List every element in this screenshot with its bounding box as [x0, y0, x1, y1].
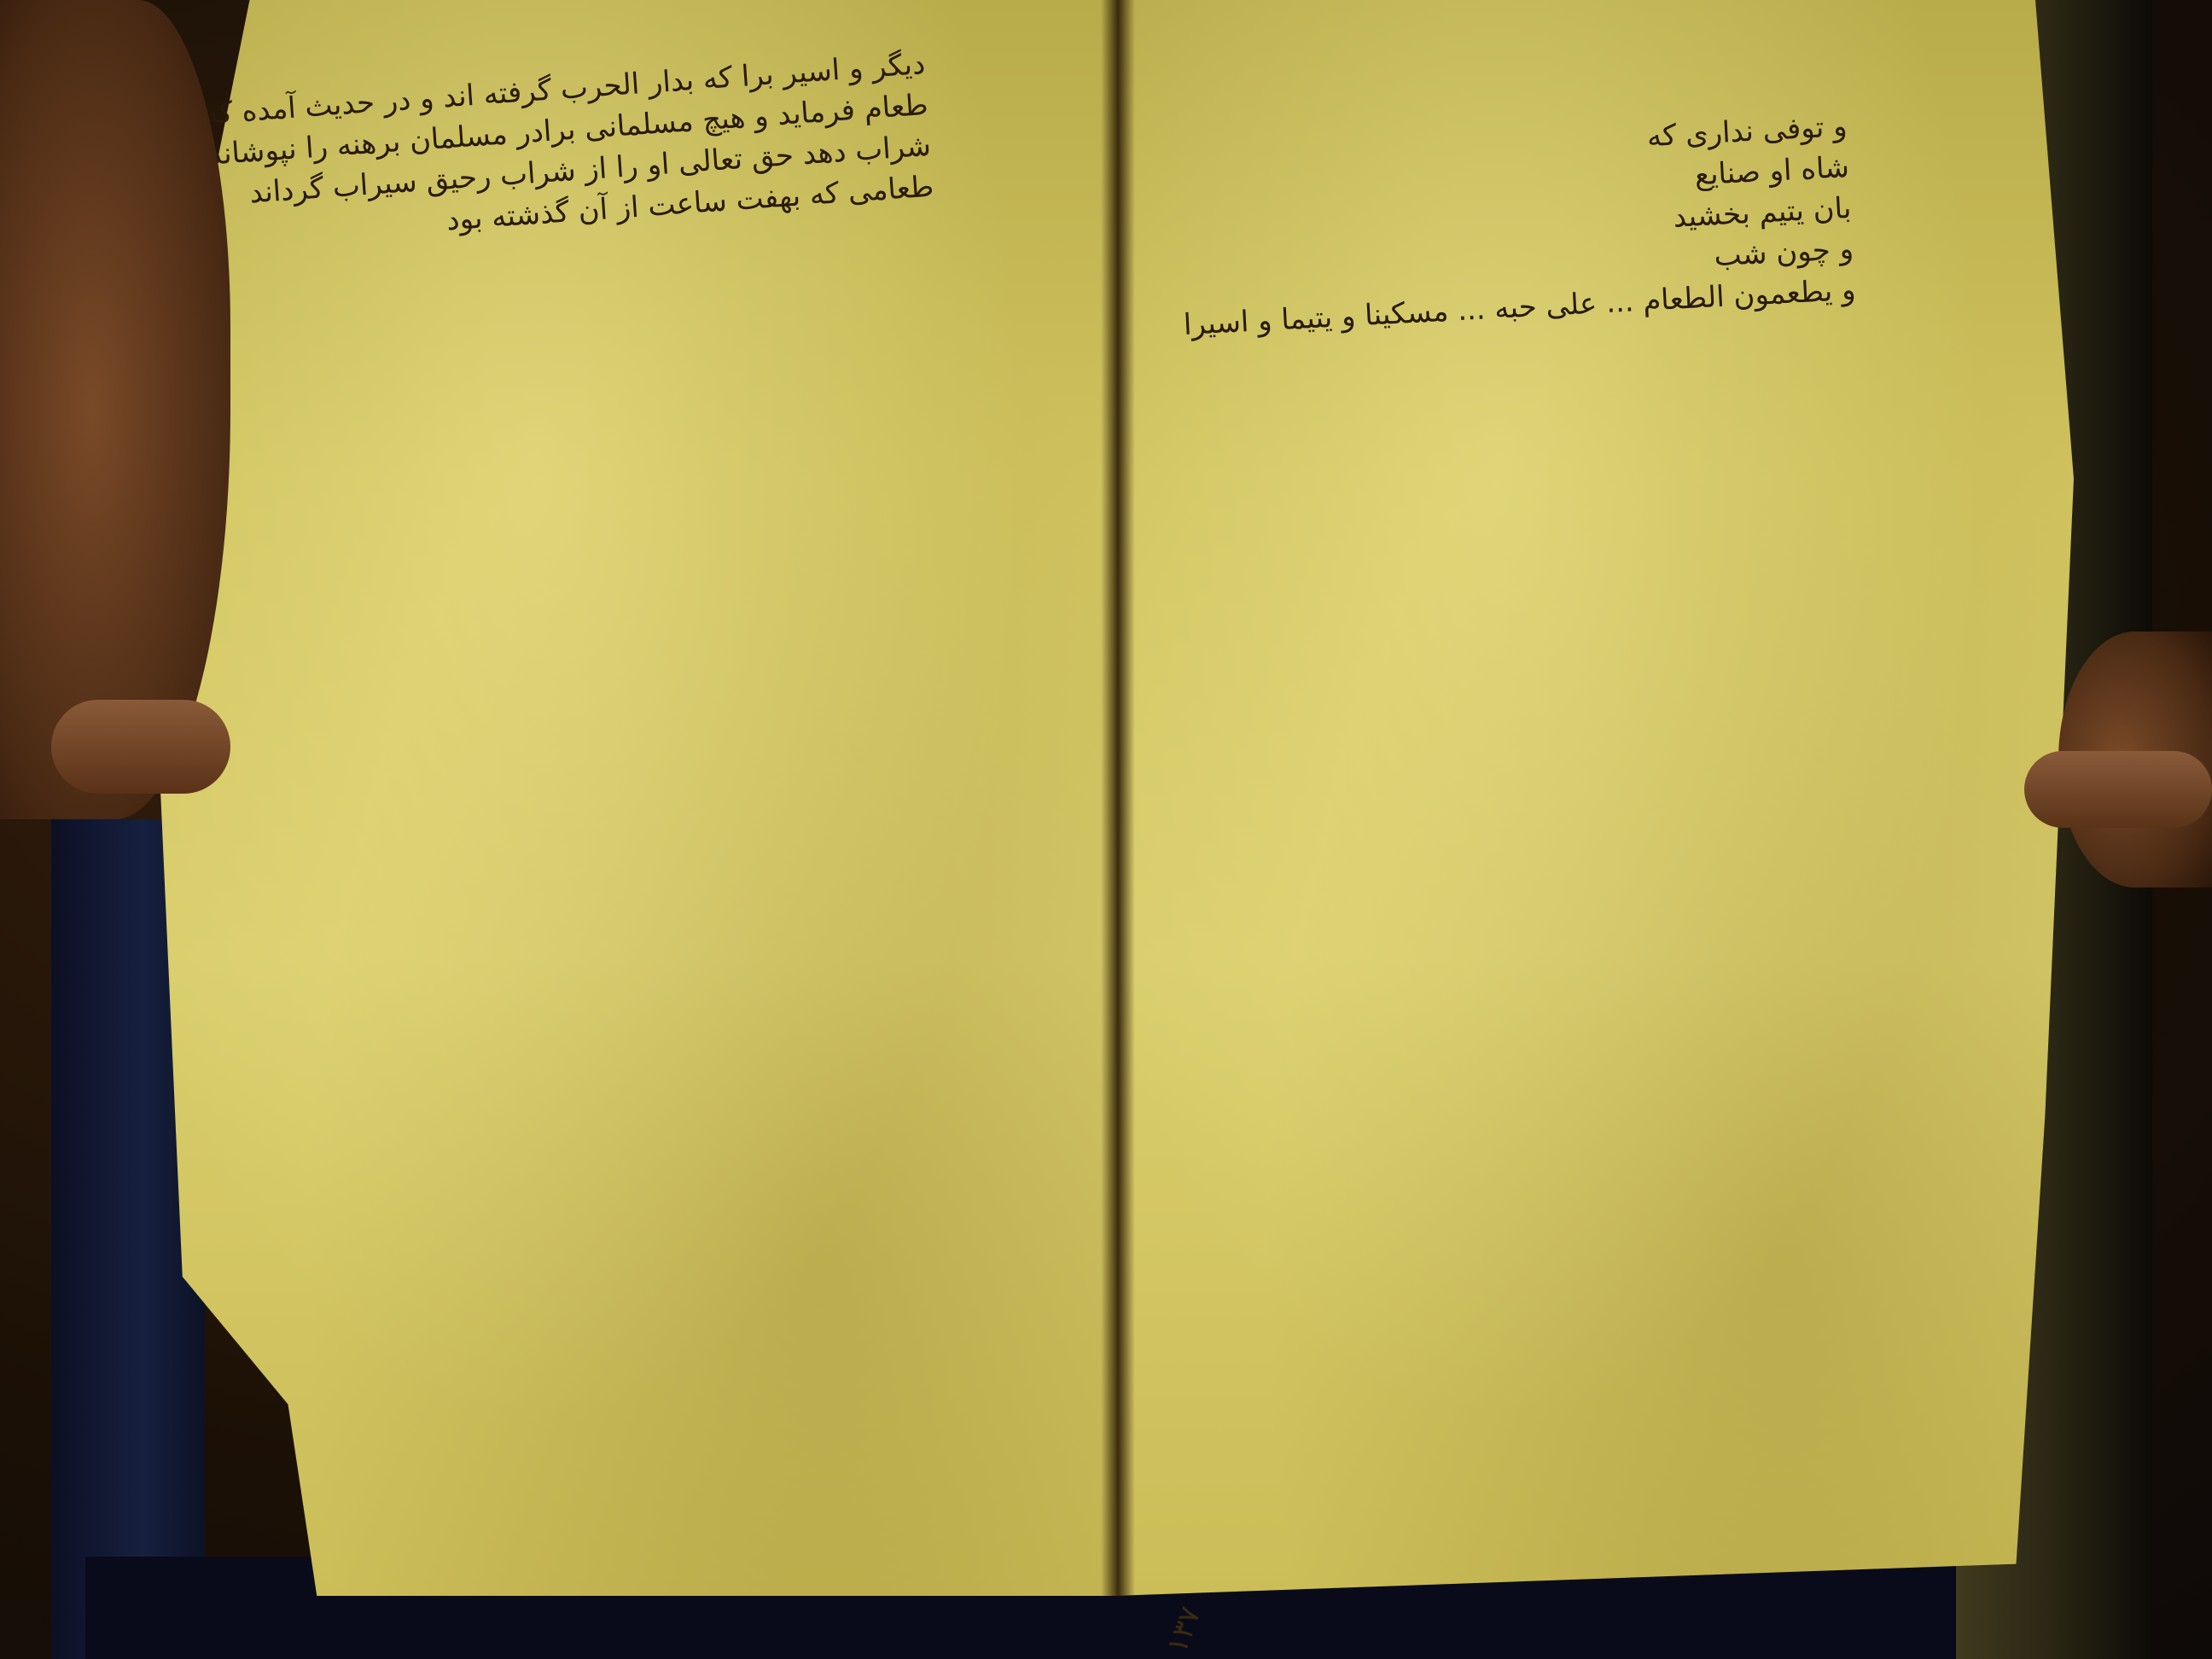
left-thumb — [51, 700, 230, 794]
right-thumb — [2024, 751, 2212, 828]
left-hand — [0, 0, 230, 819]
